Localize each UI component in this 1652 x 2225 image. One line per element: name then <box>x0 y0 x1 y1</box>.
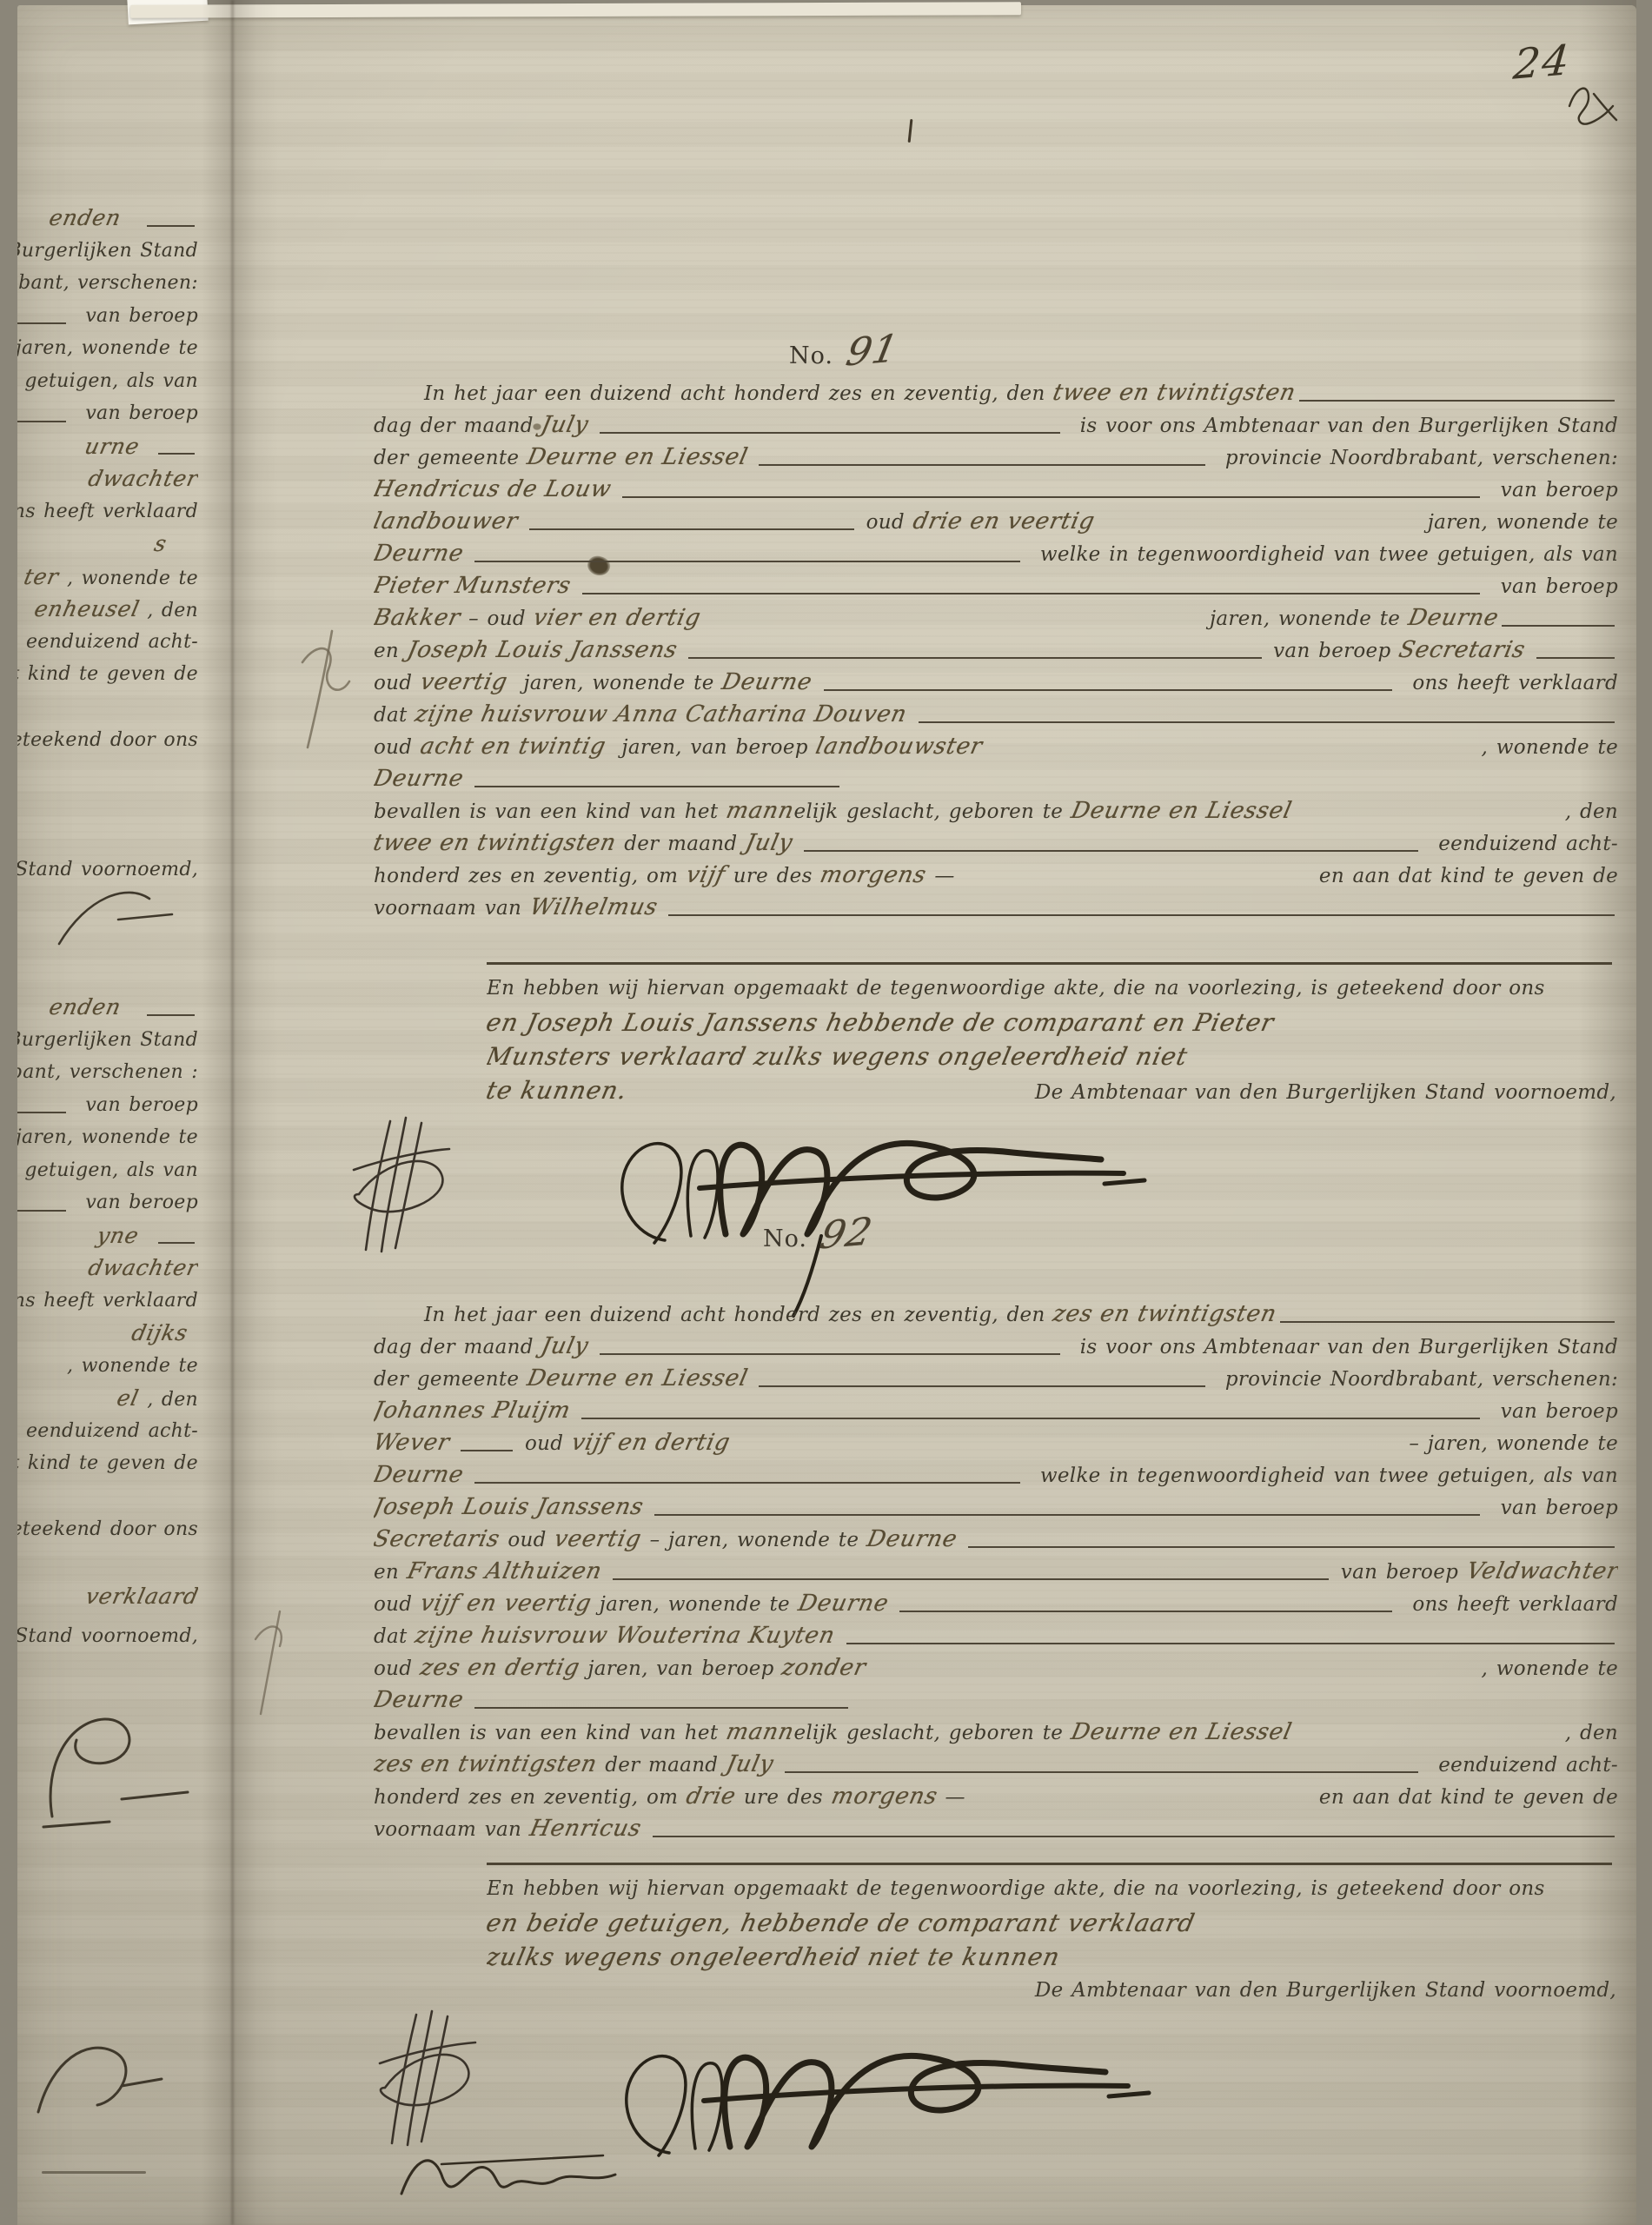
handwritten-text: Frans Althuizen <box>404 1556 613 1588</box>
text-line: van beroep <box>17 300 198 333</box>
text-line: ter , wonende te <box>17 561 198 594</box>
printed-text: jaren, wonende te <box>1419 507 1618 538</box>
blank-rule <box>1280 1321 1615 1323</box>
handwritten-text: enden <box>46 202 124 235</box>
blank-rule <box>158 453 195 455</box>
blank-rule <box>688 657 1262 659</box>
blank-rule <box>17 1112 66 1113</box>
text-line: enden <box>17 991 198 1024</box>
printed-text: ons heeft verklaard <box>17 495 198 528</box>
text-line: landbouwer oud drie en veertig jaren, wo… <box>374 506 1618 538</box>
printed-text: eenduizend acht- <box>26 626 198 659</box>
handwritten-text: morgens <box>817 860 929 892</box>
handwritten-text: Deurne <box>374 763 474 795</box>
blank-rule <box>147 225 195 227</box>
printed-text: dag der maand <box>374 1332 541 1363</box>
handwritten-text: July <box>742 827 804 860</box>
text-line: bevallen is van een kind van het manneli… <box>374 1717 1618 1749</box>
handwritten-text: Secretaris <box>1396 634 1536 667</box>
text-line: wee getuigen, als van <box>17 1154 198 1187</box>
gap <box>17 1480 198 1513</box>
handwritten-text: Deurne <box>374 1459 474 1491</box>
printed-text: jaren, wonende te <box>515 667 722 699</box>
text-line: In het jaar een duizend acht honderd zes… <box>374 377 1618 409</box>
spacer <box>121 224 143 225</box>
spacer <box>188 1339 198 1340</box>
text-line: verklaard <box>17 1580 198 1613</box>
printed-text: In het jaar een duizend acht honderd zes… <box>424 1299 1053 1331</box>
printed-text: en aan dat kind te geven de <box>1319 1782 1618 1813</box>
handwritten-text: drie <box>683 1781 739 1813</box>
printed-text: eenduizend acht- <box>1422 828 1618 860</box>
printed-text: an dat kind te geven de <box>17 1447 198 1480</box>
printed-text: , den <box>139 594 198 626</box>
text-line: dat zijne huisvrouw Wouterina Kuyten <box>374 1620 1618 1652</box>
blank-rule <box>17 421 66 422</box>
spacer <box>701 624 1202 625</box>
printed-text: der maand <box>597 1750 726 1781</box>
printed-text: — <box>926 860 964 892</box>
previous-page-fragment-top: endenen Burgerlijken Standdbrabant, vers… <box>17 202 198 887</box>
text-line: is geteekend door ons <box>17 1513 198 1546</box>
printed-text: , wonende te <box>59 562 198 594</box>
text-line: In het jaar een duizend acht honderd zes… <box>374 1298 1618 1331</box>
handwritten-text: dwachter <box>85 1252 198 1285</box>
printed-text: , den <box>139 1384 198 1415</box>
text-line: Deurne welke in tegenwoordigheid van twe… <box>374 1459 1618 1491</box>
previous-page-edge: endenen Burgerlijken Standdbrabant, vers… <box>17 0 205 2225</box>
printed-text: van beroep <box>70 300 198 333</box>
printed-text: van beroep <box>70 1186 198 1219</box>
printed-text: van beroep <box>70 1089 198 1122</box>
text-line: Deurne <box>374 1684 1618 1717</box>
witness-signature-althuizen <box>391 2140 626 2222</box>
printed-text: jaren, van beroep <box>614 732 817 763</box>
gap <box>17 1613 198 1620</box>
printed-text: der gemeente <box>374 1364 527 1395</box>
printed-text: jaren, wonende te <box>1201 603 1408 634</box>
printed-text: van beroep <box>1332 1557 1467 1588</box>
blank-rule <box>158 1242 195 1244</box>
signature-fragment-icon <box>26 1695 191 1834</box>
text-line: s <box>17 528 198 561</box>
handwritten-text: zes en dertig <box>417 1652 583 1684</box>
text-line: Deurne welke in tegenwoordigheid van twe… <box>374 538 1618 570</box>
text-line: ons heeft verklaard <box>17 495 198 528</box>
printed-text: honderd zes en zeventig, om <box>374 1782 687 1813</box>
margin-check-mark <box>249 1606 301 1719</box>
handwritten-text: Wever <box>374 1427 461 1459</box>
blank-rule <box>653 1836 1615 1837</box>
spacer <box>121 1013 143 1014</box>
spacer <box>627 1098 1035 1099</box>
printed-text: oud <box>516 1428 572 1459</box>
text-line: En hebben wij hiervan opgemaakt de tegen… <box>487 972 1616 1006</box>
text-line: van beroep <box>17 397 198 430</box>
fold-crease <box>231 0 234 2225</box>
handwritten-text: zijne huisvrouw Wouterina Kuyten <box>412 1620 846 1652</box>
spacer <box>963 881 1319 882</box>
spacer <box>167 550 198 551</box>
text-line: Johannes Pluijm van beroep <box>374 1395 1618 1427</box>
handwritten-text: landbouwer <box>374 506 529 538</box>
text-line: Secretaris oud veertig – jaren, wonende … <box>374 1524 1618 1556</box>
text-line: dag der maand July is voor ons Ambtenaar… <box>374 1331 1618 1363</box>
act-number-label: No. <box>763 1225 807 1252</box>
printed-text: , wonende te <box>67 1350 198 1383</box>
handwritten-text: vijf <box>683 860 728 892</box>
handwritten-text: zes en twintigsten <box>1050 1298 1279 1331</box>
text-line: voornaam van Henricus <box>374 1813 1618 1845</box>
text-line: der gemeente Deurne en Liessel provincie… <box>374 1363 1618 1395</box>
handwritten-text: Henricus <box>527 1813 653 1845</box>
text-line: aan dat kind te geven de <box>17 658 198 691</box>
blank-rule <box>474 786 839 787</box>
printed-text: van beroep <box>1483 475 1618 506</box>
printed-text: – jaren, wonende te <box>641 1524 867 1556</box>
handwritten-text: July <box>538 409 600 442</box>
blank-rule <box>622 496 1480 498</box>
printed-text: van beroep <box>1483 571 1618 602</box>
handwritten-text: en Joseph Louis Janssens hebbende de com… <box>487 1006 1277 1039</box>
folio-number: 24 <box>1511 36 1573 89</box>
text-line: eenduizend acht- <box>17 626 198 659</box>
handwritten-text: Wilhelmus <box>527 892 668 924</box>
text-line: dijks <box>17 1317 198 1350</box>
printed-text: voornaam van <box>374 1814 530 1845</box>
blank-rule <box>824 689 1393 691</box>
blank-rule <box>968 1546 1615 1548</box>
gap <box>17 691 198 724</box>
handwritten-text: mann <box>723 795 797 827</box>
printed-text: is voor ons Ambtenaar van den Burgerlijk… <box>1064 410 1619 442</box>
printed-text: provincie Noordbrabant, verschenen: <box>1209 1364 1618 1395</box>
page-edge-sliver <box>130 2 1021 18</box>
blank-rule <box>804 850 1418 852</box>
text-line: dwachter <box>17 1252 198 1285</box>
printed-text: jaren, wonende te <box>591 1589 798 1620</box>
act-closing-text: En hebben wij hiervan opgemaakt de tegen… <box>487 972 1616 1107</box>
text-line: oud veertig jaren, wonende te Deurne ons… <box>374 667 1618 699</box>
handwritten-text: te kunnen. <box>487 1073 631 1107</box>
blank-rule <box>582 593 1481 594</box>
birth-act-92: No. 92 In het jaar een duizend acht hond… <box>374 1215 1618 2008</box>
handwritten-text: Bakker <box>374 602 463 634</box>
handwritten-text: zes en twintigsten <box>374 1749 600 1781</box>
spacer <box>1094 528 1419 528</box>
text-line: van beroep <box>17 1089 198 1122</box>
act-number-value: 92 <box>817 1213 876 1256</box>
blank-rule <box>1502 625 1615 627</box>
blank-rule <box>1536 657 1615 659</box>
printed-text: van beroep <box>1483 1492 1618 1524</box>
act-body-text: In het jaar een duizend acht honderd zes… <box>374 1298 1618 1845</box>
blank-rule <box>461 1450 513 1451</box>
handwritten-text: landbouwster <box>813 731 985 763</box>
handwritten-text: s <box>151 528 170 561</box>
text-line: twee getuigen, als van <box>17 365 198 398</box>
act-number-heading: No. 92 <box>763 1215 1618 1259</box>
text-line: Wever oud vijf en dertig – jaren, wonend… <box>374 1427 1618 1459</box>
text-line: dwachter <box>17 462 198 495</box>
spacer <box>139 453 155 454</box>
text-line: dbrabant, verschenen : <box>17 1056 198 1089</box>
printed-text: ons heeft verklaard <box>1396 1589 1618 1620</box>
text-line: eenduizend acht- <box>17 1415 198 1448</box>
printed-text: n Burgerlijken Stand <box>17 1024 198 1057</box>
signature-fragment-icon <box>17 2025 165 2129</box>
printed-text: bevallen is van een kind van het <box>374 796 726 827</box>
printed-text: – jaren, wonende te <box>1401 1428 1618 1459</box>
text-line: Deurne <box>374 763 1618 795</box>
handwritten-text: Deurne <box>374 1684 474 1717</box>
printed-text: dat <box>374 700 415 731</box>
text-line: en Joseph Louis Janssens van beroep Secr… <box>374 634 1618 667</box>
handwritten-text: drie en veertig <box>910 506 1098 538</box>
printed-text: twee getuigen, als van <box>17 365 198 398</box>
text-line: honderd zes en zeventig, om vijf ure des… <box>374 860 1618 892</box>
printed-text: welke in tegenwoordigheid van twee getui… <box>1024 1460 1618 1491</box>
text-line: , wonende te <box>17 1350 198 1383</box>
text-line: dag der maand July is voor ons Ambtenaar… <box>374 409 1618 442</box>
printed-text: , wonende te <box>1473 732 1618 763</box>
text-line: urne <box>17 430 198 463</box>
handwritten-text: July <box>723 1749 785 1781</box>
printed-text: De Ambtenaar van den Burgerlijken Stand … <box>1035 1076 1616 1107</box>
handwritten-text: mann <box>723 1717 797 1749</box>
handwritten-text: Veldwachter <box>1463 1556 1618 1588</box>
handwritten-text: en beide getuigen, hebbende de comparant… <box>487 1906 1198 1940</box>
text-line: enheusel , den <box>17 593 198 626</box>
handwritten-text: acht en twintig <box>417 731 617 763</box>
text-line: Stand voornoemd, <box>17 853 198 887</box>
handwritten-text: Deurne en Liessel <box>524 1363 759 1395</box>
signature-fragment-icon <box>43 876 174 954</box>
blank-rule <box>600 1353 1059 1355</box>
handwritten-text: Johannes Pluijm <box>374 1395 581 1427</box>
printed-text: wee getuigen, als van <box>17 1154 198 1187</box>
blank-rule <box>654 1514 1480 1516</box>
printed-text: , wonende te <box>1473 1653 1618 1684</box>
handwritten-text: morgens <box>828 1781 940 1813</box>
birth-act-91: No. 91 In het jaar een duizend acht hond… <box>374 332 1618 1107</box>
printed-text: elijk geslacht, geboren te <box>793 1717 1071 1749</box>
blank-rule <box>147 1014 195 1016</box>
printed-text: bevallen is van een kind van het <box>374 1717 726 1749</box>
previous-page-fragment-bottom: endenn Burgerlijken Standdbrabant, versc… <box>17 991 198 1652</box>
blank-rule <box>899 1611 1392 1612</box>
printed-text: dag der maand <box>374 410 541 442</box>
printed-text: — <box>937 1782 974 1813</box>
blank-rule <box>600 432 1059 434</box>
printed-text: eenduizend acht- <box>1422 1750 1618 1781</box>
text-line: De Ambtenaar van den Burgerlijken Stand … <box>487 1974 1616 2008</box>
handwritten-text: Deurne <box>864 1524 968 1556</box>
act-closing-text: En hebben wij hiervan opgemaakt de tegen… <box>487 1872 1616 2008</box>
text-line: te kunnen.De Ambtenaar van den Burgerlij… <box>487 1073 1616 1107</box>
blank-rule <box>474 1482 1019 1484</box>
text-line: Bakker – oud vier en dertig jaren, wonen… <box>374 602 1618 634</box>
handwritten-text: enheusel <box>31 593 143 626</box>
blank-rule <box>785 1771 1418 1773</box>
folio-number-block: 24 <box>1514 38 1570 87</box>
text-line: Stand voornoemd, <box>17 1620 198 1653</box>
printed-text: provincie Noordbrabant, verschenen: <box>1209 442 1618 474</box>
blank-rule <box>17 322 66 324</box>
handwritten-text: verklaard <box>83 1580 198 1613</box>
spacer <box>983 753 1473 754</box>
printed-text: en <box>374 635 408 667</box>
printed-text: oud <box>374 732 421 763</box>
handwritten-text: zulks wegens ongeleerdheid niet te kunne… <box>487 1940 1064 1974</box>
handwritten-text: twee en twintigsten <box>374 827 620 860</box>
printed-text: jaren, van beroep <box>580 1653 783 1684</box>
text-line: Pieter Munsters van beroep <box>374 570 1618 602</box>
handwritten-text: Deurne <box>719 667 823 699</box>
spacer <box>139 1242 155 1243</box>
handwritten-text: enden <box>46 991 124 1024</box>
blank-rule <box>613 1578 1329 1580</box>
printed-text: is voor ons Ambtenaar van den Burgerlijk… <box>1064 1332 1619 1363</box>
handwritten-text: veertig <box>551 1524 645 1556</box>
act-body-text: In het jaar een duizend acht honderd zes… <box>374 377 1618 924</box>
printed-text: van beroep <box>70 397 198 430</box>
printed-text: ons heeft verklaard <box>1396 667 1618 699</box>
printed-text: voornaam van <box>374 893 530 924</box>
spacer <box>730 1449 1401 1450</box>
text-line: van beroep <box>17 1186 198 1219</box>
handwritten-text: Joseph Louis Janssens <box>374 1491 654 1524</box>
blank-rule <box>474 1707 848 1709</box>
printed-text: ure des <box>725 860 820 892</box>
act-number-heading: No. 91 <box>789 332 1618 377</box>
printed-text: aan dat kind te geven de <box>17 658 198 691</box>
printed-text: der maand <box>616 828 746 860</box>
printed-text: oud <box>374 1589 421 1620</box>
printed-text: elijk geslacht, geboren te <box>793 796 1071 827</box>
blank-rule <box>759 1385 1204 1387</box>
handwritten-text: Deurne <box>374 538 474 570</box>
printed-text: ure des <box>735 1782 831 1813</box>
printed-text: , den <box>1556 796 1618 827</box>
spacer <box>1291 817 1556 818</box>
handwritten-text: July <box>538 1331 600 1363</box>
text-line: el , den <box>17 1382 198 1415</box>
handwritten-text: Pieter Munsters <box>374 570 582 602</box>
text-line: En hebben wij hiervan opgemaakt de tegen… <box>487 1872 1616 1906</box>
text-line: en Frans Althuizen van beroep Veldwachte… <box>374 1556 1618 1588</box>
printed-text: oud <box>374 667 421 699</box>
handwritten-text: Munsters verklaard zulks wegens ongeleer… <box>487 1039 1191 1073</box>
handwritten-text: Deurne <box>795 1588 899 1620</box>
printed-text: , den <box>1556 1717 1618 1749</box>
text-line: Munsters verklaard zulks wegens ongeleer… <box>487 1039 1616 1073</box>
printed-text: En hebben wij hiervan opgemaakt de tegen… <box>487 972 1545 1006</box>
printed-text: en <box>374 1557 408 1588</box>
blank-rule <box>17 1210 66 1212</box>
blank-rule <box>668 914 1615 916</box>
handwritten-text: urne <box>82 430 143 463</box>
blank-rule <box>759 464 1204 466</box>
handwritten-text: dijks <box>129 1317 191 1350</box>
printed-text: der gemeente <box>374 442 527 474</box>
printed-text: van beroep <box>1265 635 1400 667</box>
handwritten-text: zonder <box>779 1652 869 1684</box>
handwritten-text: Joseph Louis Janssens <box>404 634 688 667</box>
spacer <box>1291 1738 1556 1739</box>
text-line: en Joseph Louis Janssens hebbende de com… <box>487 1006 1616 1039</box>
official-signature <box>561 2009 1160 2183</box>
printed-text: van beroep <box>1483 1396 1618 1427</box>
printed-text: eenduizend acht- <box>26 1415 198 1448</box>
spacer <box>866 1674 1473 1675</box>
printed-text: In het jaar een duizend acht honderd zes… <box>424 378 1053 409</box>
printed-text: en Burgerlijken Stand <box>17 235 198 268</box>
text-line: dat zijne huisvrouw Anna Catharina Douve… <box>374 699 1618 731</box>
printed-text: jaren, wonende te <box>17 1121 198 1154</box>
text-line: ns heeft verklaard <box>17 1285 198 1318</box>
printed-text: oud <box>500 1524 555 1556</box>
spacer <box>487 1996 1035 1996</box>
handwritten-text: twee en twintigsten <box>1050 377 1299 409</box>
spacer <box>973 1803 1318 1803</box>
text-line: dbrabant, verschenen: <box>17 267 198 300</box>
text-line: der gemeente Deurne en Liessel provincie… <box>374 442 1618 474</box>
handwritten-text: yne <box>94 1219 143 1252</box>
act-number-value: 91 <box>843 330 902 373</box>
handwritten-text: Deurne <box>1405 602 1502 634</box>
printed-text: welke in tegenwoordigheid van twee getui… <box>1024 539 1618 570</box>
printed-text: jaren, wonende te <box>17 332 198 365</box>
printed-text: oud <box>374 1653 421 1684</box>
blank-rule <box>581 1418 1480 1419</box>
printed-text: Stand voornoemd, <box>17 853 198 887</box>
blank-rule <box>529 528 854 530</box>
printed-text: dat <box>374 1621 415 1652</box>
witness-signature <box>361 1990 491 2164</box>
text-line: enden <box>17 202 198 235</box>
margin-check-mark <box>294 624 355 754</box>
handwritten-text: Deurne en Liessel <box>524 442 759 474</box>
text-line: bevallen is van een kind van het manneli… <box>374 795 1618 827</box>
text-line: jaren, wonende te <box>17 1121 198 1154</box>
blank-rule <box>1299 400 1615 402</box>
handwritten-text: vier en dertig <box>531 602 705 634</box>
blank-rule <box>474 561 1019 562</box>
printed-text: honderd zes en zeventig, om <box>374 860 687 892</box>
printed-text: De Ambtenaar van den Burgerlijken Stand … <box>1035 1974 1616 2008</box>
handwritten-text: vijf en veertig <box>417 1588 594 1620</box>
printed-text: is geteekend door ons <box>17 724 198 757</box>
printed-text: en aan dat kind te geven de <box>1319 860 1618 892</box>
text-line: Joseph Louis Janssens van beroep <box>374 1491 1618 1524</box>
act-number-label: No. <box>789 342 833 369</box>
closing-rule-line <box>487 962 1612 965</box>
text-line: oud zes en dertig jaren, van beroep zond… <box>374 1652 1618 1684</box>
handwritten-text: Hendricus de Louw <box>374 474 622 506</box>
handwritten-text: Deurne en Liessel <box>1068 1717 1295 1749</box>
handwritten-text: vijf en dertig <box>568 1427 733 1459</box>
handwritten-text: Secretaris <box>374 1524 503 1556</box>
text-line: zes en twintigsten der maand July eendui… <box>374 1749 1618 1781</box>
text-line: oud vijf en veertig jaren, wonende te De… <box>374 1588 1618 1620</box>
handwritten-text: Deurne en Liessel <box>1068 795 1295 827</box>
blank-rule <box>919 721 1615 723</box>
text-line: voornaam van Wilhelmus <box>374 892 1618 924</box>
text-line: oud acht en twintig jaren, van beroep la… <box>374 731 1618 763</box>
binding-gutter <box>202 0 278 2225</box>
printed-text: Stand voornoemd, <box>17 1620 198 1653</box>
